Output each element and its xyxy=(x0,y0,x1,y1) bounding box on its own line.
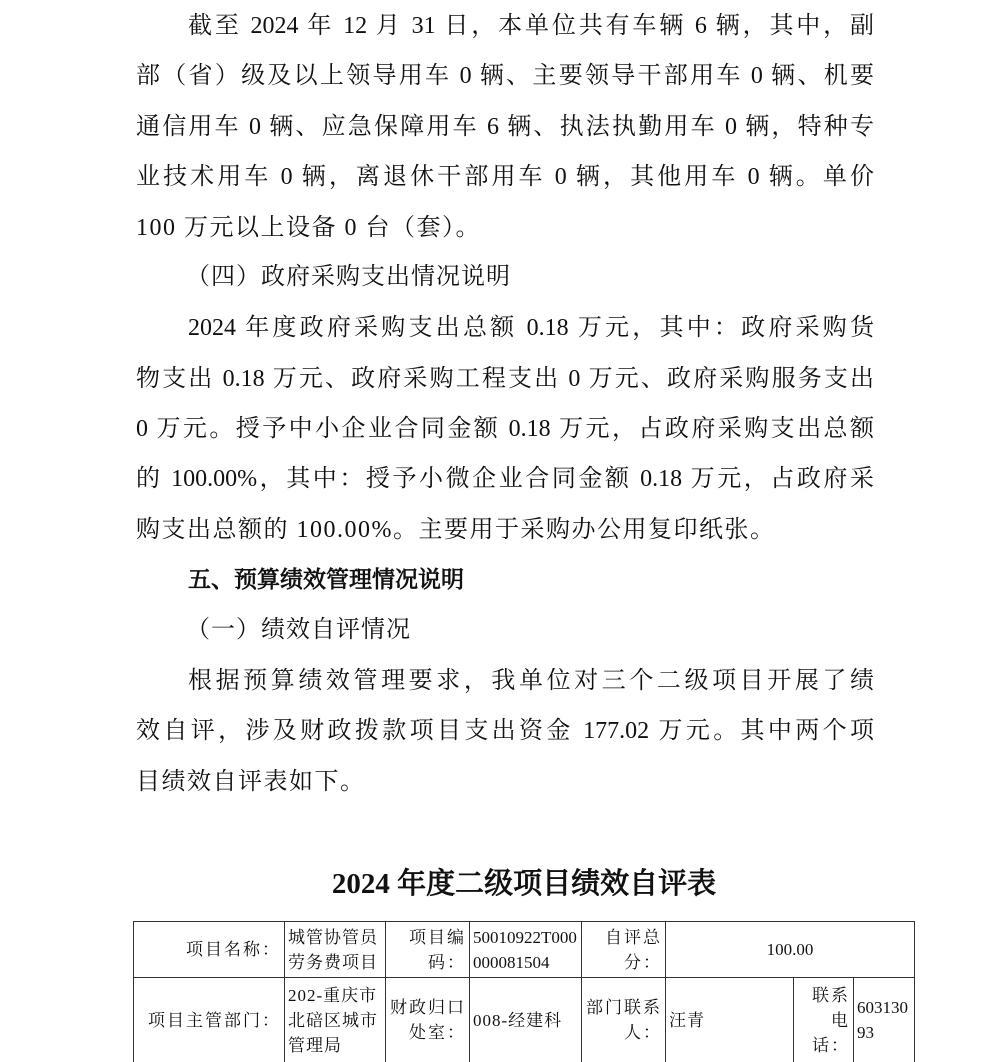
paragraph-vehicles-line: 100 万元以上设备 0 台（套）。 xyxy=(136,212,874,244)
project-code-label: 项目编码： xyxy=(386,922,470,978)
evaluation-table-title: 2024 年度二级项目绩效自评表 xyxy=(0,866,1000,902)
table-row: 项目名称： 城管协管员劳务费项目 项目编码： 50010922T00000008… xyxy=(134,922,915,978)
paragraph-procurement-line: 物支出 0.18 万元、政府采购工程支出 0 万元、政府采购服务支出 xyxy=(136,363,874,395)
project-code-value: 50010922T000000081504 xyxy=(470,922,582,978)
department-label: 项目主管部门： xyxy=(134,978,285,1062)
paragraph-vehicles-line: 部（省）级及以上领导用车 0 辆、主要领导干部用车 0 辆、机要 xyxy=(136,60,874,92)
table-row: 项目主管部门： 202-重庆市北碚区城市管理局 财政归口处室： 008-经建科 … xyxy=(134,978,915,1062)
self-score-value: 100.00 xyxy=(666,922,915,978)
heading-self-evaluation: （一）绩效自评情况 xyxy=(186,614,411,646)
paragraph-procurement-line: 的 100.00%，其中：授予小微企业合同金额 0.18 万元，占政府采 xyxy=(136,463,874,495)
finance-office-label: 财政归口处室： xyxy=(386,978,470,1062)
project-name-value: 城管协管员劳务费项目 xyxy=(285,922,386,978)
document-page: 截至 2024 年 12 月 31 日，本单位共有车辆 6 辆，其中，副 部（省… xyxy=(0,0,1000,1062)
paragraph-self-evaluation-line: 目绩效自评表如下。 xyxy=(136,766,874,798)
evaluation-table: 项目名称： 城管协管员劳务费项目 项目编码： 50010922T00000008… xyxy=(133,921,915,1062)
paragraph-vehicles-line: 业技术用车 0 辆，离退休干部用车 0 辆，其他用车 0 辆。单价 xyxy=(136,161,874,193)
paragraph-vehicles-line: 通信用车 0 辆、应急保障用车 6 辆、执法执勤用车 0 辆，特种专 xyxy=(136,111,874,143)
finance-office-value: 008-经建科 xyxy=(470,978,582,1062)
self-score-label: 自评总分： xyxy=(582,922,666,978)
paragraph-procurement-line: 0 万元。授予中小企业合同金额 0.18 万元，占政府采购支出总额 xyxy=(136,413,874,445)
paragraph-self-evaluation-line: 效自评，涉及财政拨款项目支出资金 177.02 万元。其中两个项 xyxy=(136,715,874,747)
contact-phone-label: 联系电话： xyxy=(794,978,854,1062)
contact-phone-value: 60313093 xyxy=(854,978,915,1062)
paragraph-procurement-line: 2024 年度政府采购支出总额 0.18 万元，其中：政府采购货 xyxy=(188,312,874,344)
project-name-label: 项目名称： xyxy=(134,922,285,978)
paragraph-vehicles-line: 截至 2024 年 12 月 31 日，本单位共有车辆 6 辆，其中，副 xyxy=(188,10,874,42)
contact-person-label: 部门联系人： xyxy=(582,978,666,1062)
heading-procurement: （四）政府采购支出情况说明 xyxy=(186,261,511,293)
department-value: 202-重庆市北碚区城市管理局 xyxy=(285,978,386,1062)
contact-person-value: 汪青 xyxy=(666,978,794,1062)
paragraph-self-evaluation-line: 根据预算绩效管理要求，我单位对三个二级项目开展了绩 xyxy=(188,665,874,697)
paragraph-procurement-line: 购支出总额的 100.00%。主要用于采购办公用复印纸张。 xyxy=(136,514,874,546)
section-heading-performance: 五、预算绩效管理情况说明 xyxy=(188,564,464,596)
